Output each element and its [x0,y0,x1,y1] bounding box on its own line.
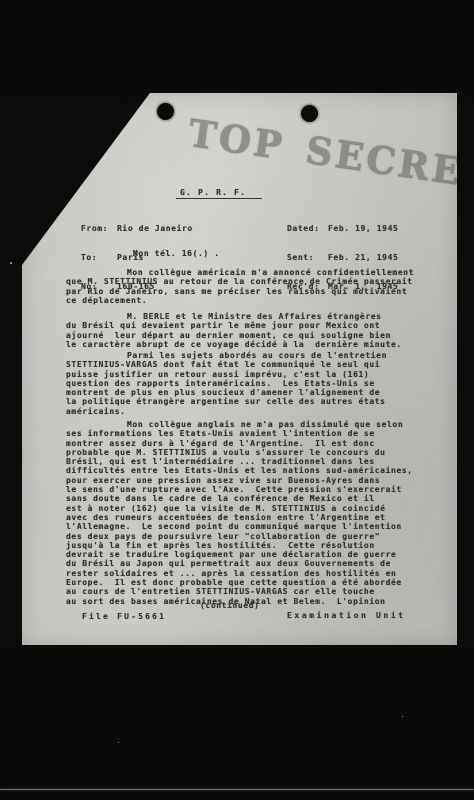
punch-hole [157,103,174,120]
document-page: TOP SECRET G. P. R. F. From:Rio de Janei… [22,93,457,645]
text-line: STETTINIUS-VARGAS dont fait état le comm… [66,360,438,369]
from-value: Rio de Janeiro [117,224,193,233]
paragraph-1: Mon collègue américain m'a annoncé confi… [66,268,438,305]
text-line: Mon collègue américain m'a annoncé confi… [66,268,438,277]
to-label: To: [81,253,117,263]
text-line: américains. [66,407,438,416]
text-line: par Rio de Janeiro, sans me préciser les… [66,287,438,296]
paragraph-3: Parmi les sujets abordés au cours de l'e… [66,351,438,416]
text-line: sans doute dans le cadre de la conférenc… [66,494,438,503]
text-line: Europe. Il est donc probable que cette q… [66,578,438,587]
continued-note: (continued) [200,601,260,610]
microfilm-background: TOP SECRET G. P. R. F. From:Rio de Janei… [0,0,474,800]
text-line: avec des rumeurs accentuées de tension e… [66,513,438,522]
telegram-reference: Mon tél. 16(.) . [133,249,220,258]
text-line: Mon collègue anglais ne m'a pas dissimul… [66,420,438,429]
text-line: du Brésil au Japon qui permettrait aux d… [66,559,438,568]
punch-hole [301,105,318,122]
from-label: From: [81,224,117,234]
text-line: du Brésil qui devaient partir le même jo… [66,321,438,330]
text-line: le caractère abrupt de ce voyage décidé … [66,340,438,349]
text-line: ajourné leur départ au dernier moment, c… [66,331,438,340]
text-line: question des rapports interaméricains. L… [66,379,438,388]
text-line: le sens d'une rupture avec l'Axe. Cette … [66,485,438,494]
routing-dated-row: Dated:Feb. 19, 1945 [287,224,398,234]
text-line: des deux pays de poursuivre leur "collab… [66,532,438,541]
text-line: est à noter (162) que la visite de M. ST… [66,504,438,513]
text-line: probable que M. STETTINIUS a voulu s'ass… [66,448,438,457]
routing-sent-row: Sent:Feb. 21, 1945 [287,253,398,263]
dated-label: Dated: [287,224,328,234]
text-line: M. BERLE et le Ministre des Affaires étr… [66,312,438,321]
file-number: File FU-5661 [82,612,166,621]
text-line: ses informations les Etats-Unis avaient … [66,429,438,438]
text-line: rester solidaires et ... après la cessat… [66,569,438,578]
film-edge-line [0,789,474,790]
text-line: montrer assez durs à l'égard de l'Argent… [66,439,438,448]
top-secret-stamp: TOP SECRET [186,111,474,198]
sent-value: Feb. 21, 1945 [328,253,398,262]
film-speck [10,262,12,264]
film-speck [118,742,119,743]
org-header: G. P. R. F. [176,188,262,199]
text-line: jusqu'à la fin et après les hostilités. … [66,541,438,550]
text-line: difficultés entre les Etats-Unis et les … [66,466,438,475]
text-line: ce déplacement. [66,296,438,305]
examination-unit-label: Examination Unit [287,611,406,620]
paragraph-4: Mon collègue anglais ne m'a pas dissimul… [66,420,438,606]
text-line: que M. STETTINIUS au retour de la confér… [66,277,438,286]
text-line: la politique étrangère argentine sur cel… [66,397,438,406]
film-speck [402,716,403,717]
sent-label: Sent: [287,253,328,263]
text-line: au cours de l'entretien STETTINIUS-VARGA… [66,587,438,596]
routing-from-row: From:Rio de Janeiro [81,224,193,234]
text-line: l'Allemagne. Le second point du communiq… [66,522,438,531]
paragraph-2: M. BERLE et le Ministre des Affaires étr… [66,312,438,349]
text-line: puisse justifier un retour aussi imprévu… [66,370,438,379]
text-line: pour exercer une pression assez vive sur… [66,476,438,485]
text-line: Parmi les sujets abordés au cours de l'e… [66,351,438,360]
dated-value: Feb. 19, 1945 [328,224,398,233]
